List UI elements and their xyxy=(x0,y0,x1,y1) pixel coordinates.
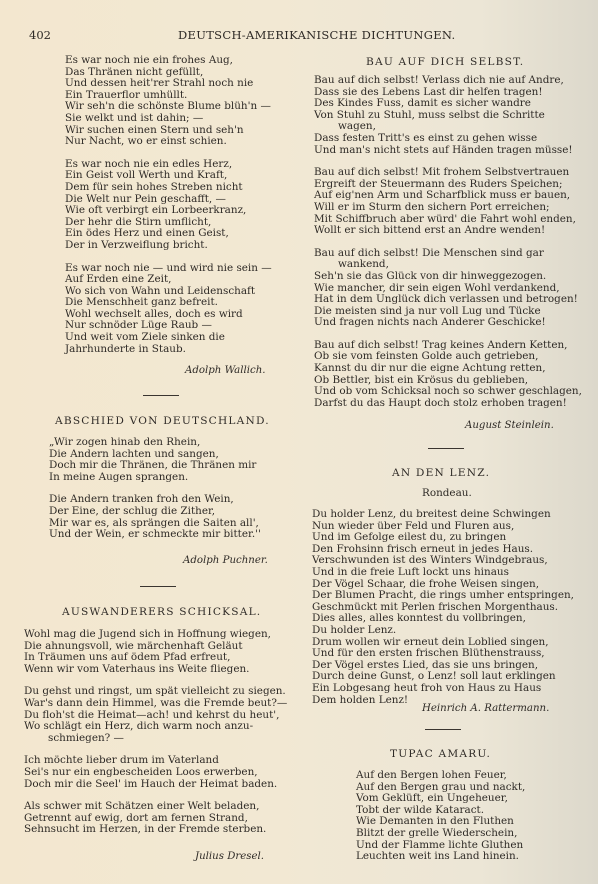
stanza: Bau auf dich selbst! Mit frohem Selbstve… xyxy=(314,167,582,237)
verse-line: Wollt er sich bittend erst an Andre wend… xyxy=(314,225,582,237)
verse-line: Sei's nur ein engbescheiden Loos erwerbe… xyxy=(24,767,287,779)
running-title: DEUTSCH-AMERIKANISCHE DICHTUNGEN. xyxy=(178,28,456,42)
stanza: Bau auf dich selbst! Die Menschen sind g… xyxy=(314,248,582,329)
verse-line: Sehnsucht im Herzen, in der Fremde sterb… xyxy=(24,824,287,836)
verse-line: Dem für sein hohes Streben nicht xyxy=(65,182,272,194)
stanza: „Wir zogen hinab den Rhein, Die Andern l… xyxy=(49,437,261,483)
verse-line: Wohl mag die Jugend sich in Hoffnung wie… xyxy=(24,629,287,641)
stanza: Du gehst und ringst, um spät vielleicht … xyxy=(24,686,287,744)
verse-line: Als schwer mit Schätzen einer Welt belad… xyxy=(24,801,287,813)
poem-tupac-amaru: Auf den Bergen lohen Feuer, Auf den Berg… xyxy=(356,770,525,863)
verse-line: Will er im Sturm den sichern Port erreic… xyxy=(314,202,582,214)
section-divider xyxy=(143,395,179,396)
stanza: Es war noch nie — und wird nie sein — Au… xyxy=(65,263,272,356)
stanza: Es war noch nie ein edles Herz, Ein Geis… xyxy=(65,159,272,252)
poem-subtitle: Rondeau. xyxy=(422,487,472,499)
stanza: Ich möchte lieber drum im Vaterland Sei'… xyxy=(24,755,287,790)
page-number: 402 xyxy=(29,28,51,42)
author-signature: Adolph Wallich. xyxy=(185,365,266,376)
poem-an-den-lenz: Du holder Lenz, du breitest deine Schwin… xyxy=(312,509,574,706)
verse-line: „Wir zogen hinab den Rhein, xyxy=(49,437,261,449)
stanza: Es war noch nie ein frohes Aug, Das Thrä… xyxy=(65,55,272,148)
stanza: Wohl mag die Jugend sich in Hoffnung wie… xyxy=(24,629,287,675)
verse-line: Und in die freie Luft lockt uns hinaus xyxy=(312,567,574,579)
verse-line: Der Eine, der schlug die Zither, xyxy=(49,506,261,518)
verse-line: Dass festen Tritt's es einst zu gehen wi… xyxy=(314,133,582,145)
verse-line: Kannst du dir nur die eigne Achtung rett… xyxy=(314,363,582,375)
verse-line: Bau auf dich selbst! Mit frohem Selbstve… xyxy=(314,167,582,179)
poem-title: TUPAC AMARU. xyxy=(390,748,491,760)
poem-title: BAU AUF DICH SELBST. xyxy=(366,56,524,68)
verse-line: Und fragen nichts nach Anderer Geschicke… xyxy=(314,317,582,329)
verse-line: Bau auf dich selbst! Verlass dich nie au… xyxy=(314,75,582,87)
verse-line: Der Blumen Pracht, die rings umher entsp… xyxy=(312,590,574,602)
verse-line: Darfst du das Haupt doch stolz erhoben t… xyxy=(314,398,582,410)
stanza: Bau auf dich selbst! Verlass dich nie au… xyxy=(314,75,582,156)
poem-title: AUSWANDERERS SCHICKSAL. xyxy=(62,606,261,618)
author-signature: August Steinlein. xyxy=(465,420,554,431)
poem-bau-auf-dich-selbst: Bau auf dich selbst! Verlass dich nie au… xyxy=(314,75,582,420)
stanza: Als schwer mit Schätzen einer Welt belad… xyxy=(24,801,287,836)
verse-line: Der in Verzweiflung bricht. xyxy=(65,240,272,252)
verse-line: Wie oft verbirgt ein Lorbeerkranz, xyxy=(65,205,272,217)
poem-abschied: „Wir zogen hinab den Rhein, Die Andern l… xyxy=(49,437,261,552)
verse-line: Und weit vom Ziele sinken die xyxy=(65,332,272,344)
author-signature: Heinrich A. Rattermann. xyxy=(422,703,549,714)
verse-line: Seh'n sie das Glück von dir hinweggezoge… xyxy=(314,271,582,283)
stanza: Die Andern tranken froh den Wein, Der Ei… xyxy=(49,494,261,540)
verse-line: Jahrhunderte in Staub. xyxy=(65,344,272,356)
verse-line: Auf Erden eine Zeit, xyxy=(65,274,272,286)
verse-line: Wenn wir vom Vaterhaus ins Weite fliegen… xyxy=(24,664,287,676)
author-signature: Julius Dresel. xyxy=(195,851,264,862)
section-divider xyxy=(428,448,464,449)
verse-line: schmiegen? — xyxy=(24,733,287,745)
author-signature: Adolph Puchner. xyxy=(183,555,268,566)
stanza: Bau auf dich selbst! Trag keines Andern … xyxy=(314,340,582,410)
poem-title: ABSCHIED VON DEUTSCHLAND. xyxy=(55,415,270,427)
verse-line: Sie welkt und ist dahin; — xyxy=(65,113,272,125)
verse-line: Nur Nacht, wo er einst schien. xyxy=(65,136,272,148)
section-divider xyxy=(140,586,176,587)
verse-line: Auf den Bergen lohen Feuer, xyxy=(356,770,525,782)
verse-line: Wo schlägt ein Herz, dich warm noch anzu… xyxy=(24,721,287,733)
verse-line: Doch mir die Seel' im Hauch der Heimat b… xyxy=(24,779,287,791)
verse-line: Und der Wein, er schmeckte mir bitter.'' xyxy=(49,529,261,541)
verse-line: Hat in dem Unglück dich verlassen und be… xyxy=(314,294,582,306)
verse-line: Du holder Lenz, du breitest deine Schwin… xyxy=(312,509,574,521)
verse-line: Ein Lobgesang heut froh von Haus zu Haus xyxy=(312,683,574,695)
verse-line: War's dann dein Himmel, was die Fremde b… xyxy=(24,698,287,710)
verse-line: Du holder Lenz. xyxy=(312,625,574,637)
poem-title: AN DEN LENZ. xyxy=(392,467,490,479)
verse-line: Blitzt der grelle Wiederschein, xyxy=(356,828,525,840)
verse-line: Leuchten weit ins Land hinein. xyxy=(356,851,525,863)
verse-line: Und man's nicht stets auf Händen tragen … xyxy=(314,145,582,157)
verse-line: In meine Augen sprangen. xyxy=(49,472,261,484)
poem-wallich: Es war noch nie ein frohes Aug, Das Thrä… xyxy=(65,55,272,366)
verse-line: Und für den ersten frischen Blüthenstrau… xyxy=(312,648,574,660)
verse-line: Es war noch nie ein frohes Aug, xyxy=(65,55,272,67)
poem-auswanderers: Wohl mag die Jugend sich in Hoffnung wie… xyxy=(24,629,287,847)
section-divider xyxy=(425,729,461,730)
